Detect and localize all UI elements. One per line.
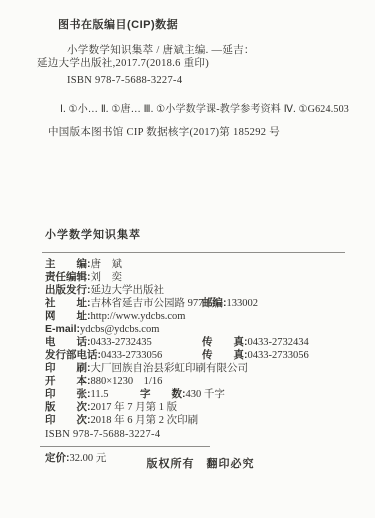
colophon-row-telephone: 电 话:0433-2732435 传 真:0433-2732434 [45, 336, 347, 349]
row-value-2: 0433-2732434 [248, 336, 309, 349]
row-value: ydcbs@ydcbs.com [80, 323, 159, 336]
divider-line-short [40, 446, 210, 447]
row-label-2: 传 真: [202, 349, 248, 362]
row-value: 吉林省延吉市公园路 977 号 [91, 297, 217, 310]
row-label: 社 址: [45, 297, 91, 310]
row-label: 发行部电话: [45, 349, 101, 362]
row-label: 出版发行: [45, 284, 91, 297]
row-value: 0433-2732435 [91, 336, 152, 349]
cip-classification: Ⅰ. ①小… Ⅱ. ①唐… Ⅲ. ①小学数学课-教学参考资料 Ⅳ. ①G624.… [60, 100, 349, 115]
colophon-row-email: E-mail:ydcbs@ydcbs.com [45, 323, 347, 336]
colophon-row-printer: 印 刷:大厂回族自治县彩虹印刷有限公司 [45, 362, 347, 375]
row-label: 主 编: [45, 258, 91, 271]
row-label-2: 传 真: [202, 336, 248, 349]
row-label: 责任编辑: [45, 271, 91, 284]
copyright-page: 图书在版编目(CIP)数据 小学数学知识集萃 / 唐斌主编. —延吉： 延边大学… [0, 0, 375, 518]
colophon-row-distribution-phone: 发行部电话:0433-2733056 传 真:0433-2733056 [45, 349, 347, 362]
row-label: 版 次: [45, 401, 91, 414]
row-value: 2017 年 7 月第 1 版 [91, 401, 178, 414]
row-value-2: 133002 [227, 297, 259, 310]
cip-record-number: 中国版本图书馆 CIP 数据核字(2017)第 185292 号 [48, 124, 280, 139]
row-label: 印 刷: [45, 362, 91, 375]
row-label-2: 字 数: [140, 388, 186, 401]
cip-record-line2: 延边大学出版社,2017.7(2018.6 重印) [37, 55, 209, 70]
row-value-2: 430 千字 [186, 388, 225, 401]
row-label: 网 址: [45, 310, 91, 323]
colophon-row-address: 社 址:吉林省延吉市公园路 977 号 邮编:133002 [45, 297, 347, 310]
row-label: E-mail: [45, 323, 80, 336]
row-value: 唐 斌 [91, 258, 123, 271]
row-label: 印 次: [45, 414, 91, 427]
colophon-row-sheets: 印 张:11.5 字 数:430 千字 [45, 388, 347, 401]
row-value: 880×1230 1/16 [91, 375, 163, 388]
cip-isbn: ISBN 978-7-5688-3227-4 [67, 75, 182, 86]
colophon-row-website: 网 址:http://www.ydcbs.com [45, 310, 347, 323]
copyright-notice: 版权所有 翻印必究 [0, 455, 375, 471]
colophon-row-publisher: 出版发行:延边大学出版社 [45, 284, 347, 297]
book-title: 小学数学知识集萃 [45, 226, 347, 242]
row-value: 0433-2733056 [101, 349, 162, 362]
row-value: 2018 年 6 月第 2 次印刷 [91, 414, 199, 427]
row-value: 大厂回族自治县彩虹印刷有限公司 [91, 362, 249, 375]
colophon-row-responsible-editor: 责任编辑:刘 奕 [45, 271, 347, 284]
row-label: 印 张: [45, 388, 91, 401]
colophon-row-printing: 印 次:2018 年 6 月第 2 次印刷 [45, 414, 347, 427]
row-value: 刘 奕 [91, 271, 123, 284]
row-value: http://www.ydcbs.com [91, 310, 186, 323]
row-label: 电 话: [45, 336, 91, 349]
colophon: 小学数学知识集萃 主 编:唐 斌 责任编辑:刘 奕 出版发行:延边大学出版社 社… [45, 226, 347, 465]
row-label: 开 本: [45, 375, 91, 388]
row-value: 延边大学出版社 [91, 284, 165, 297]
colophon-isbn: ISBN 978-7-5688-3227-4 [45, 428, 347, 442]
cip-heading: 图书在版编目(CIP)数据 [58, 16, 178, 32]
colophon-row-edition: 版 次:2017 年 7 月第 1 版 [45, 401, 347, 414]
colophon-rows: 主 编:唐 斌 责任编辑:刘 奕 出版发行:延边大学出版社 社 址:吉林省延吉市… [45, 258, 347, 427]
colophon-row-format: 开 本:880×1230 1/16 [45, 375, 347, 388]
row-label-2: 邮编: [202, 297, 227, 310]
row-value-2: 0433-2733056 [248, 349, 309, 362]
colophon-row-chief-editor: 主 编:唐 斌 [45, 258, 347, 271]
row-value: 11.5 [91, 388, 109, 401]
divider-line [42, 252, 345, 253]
